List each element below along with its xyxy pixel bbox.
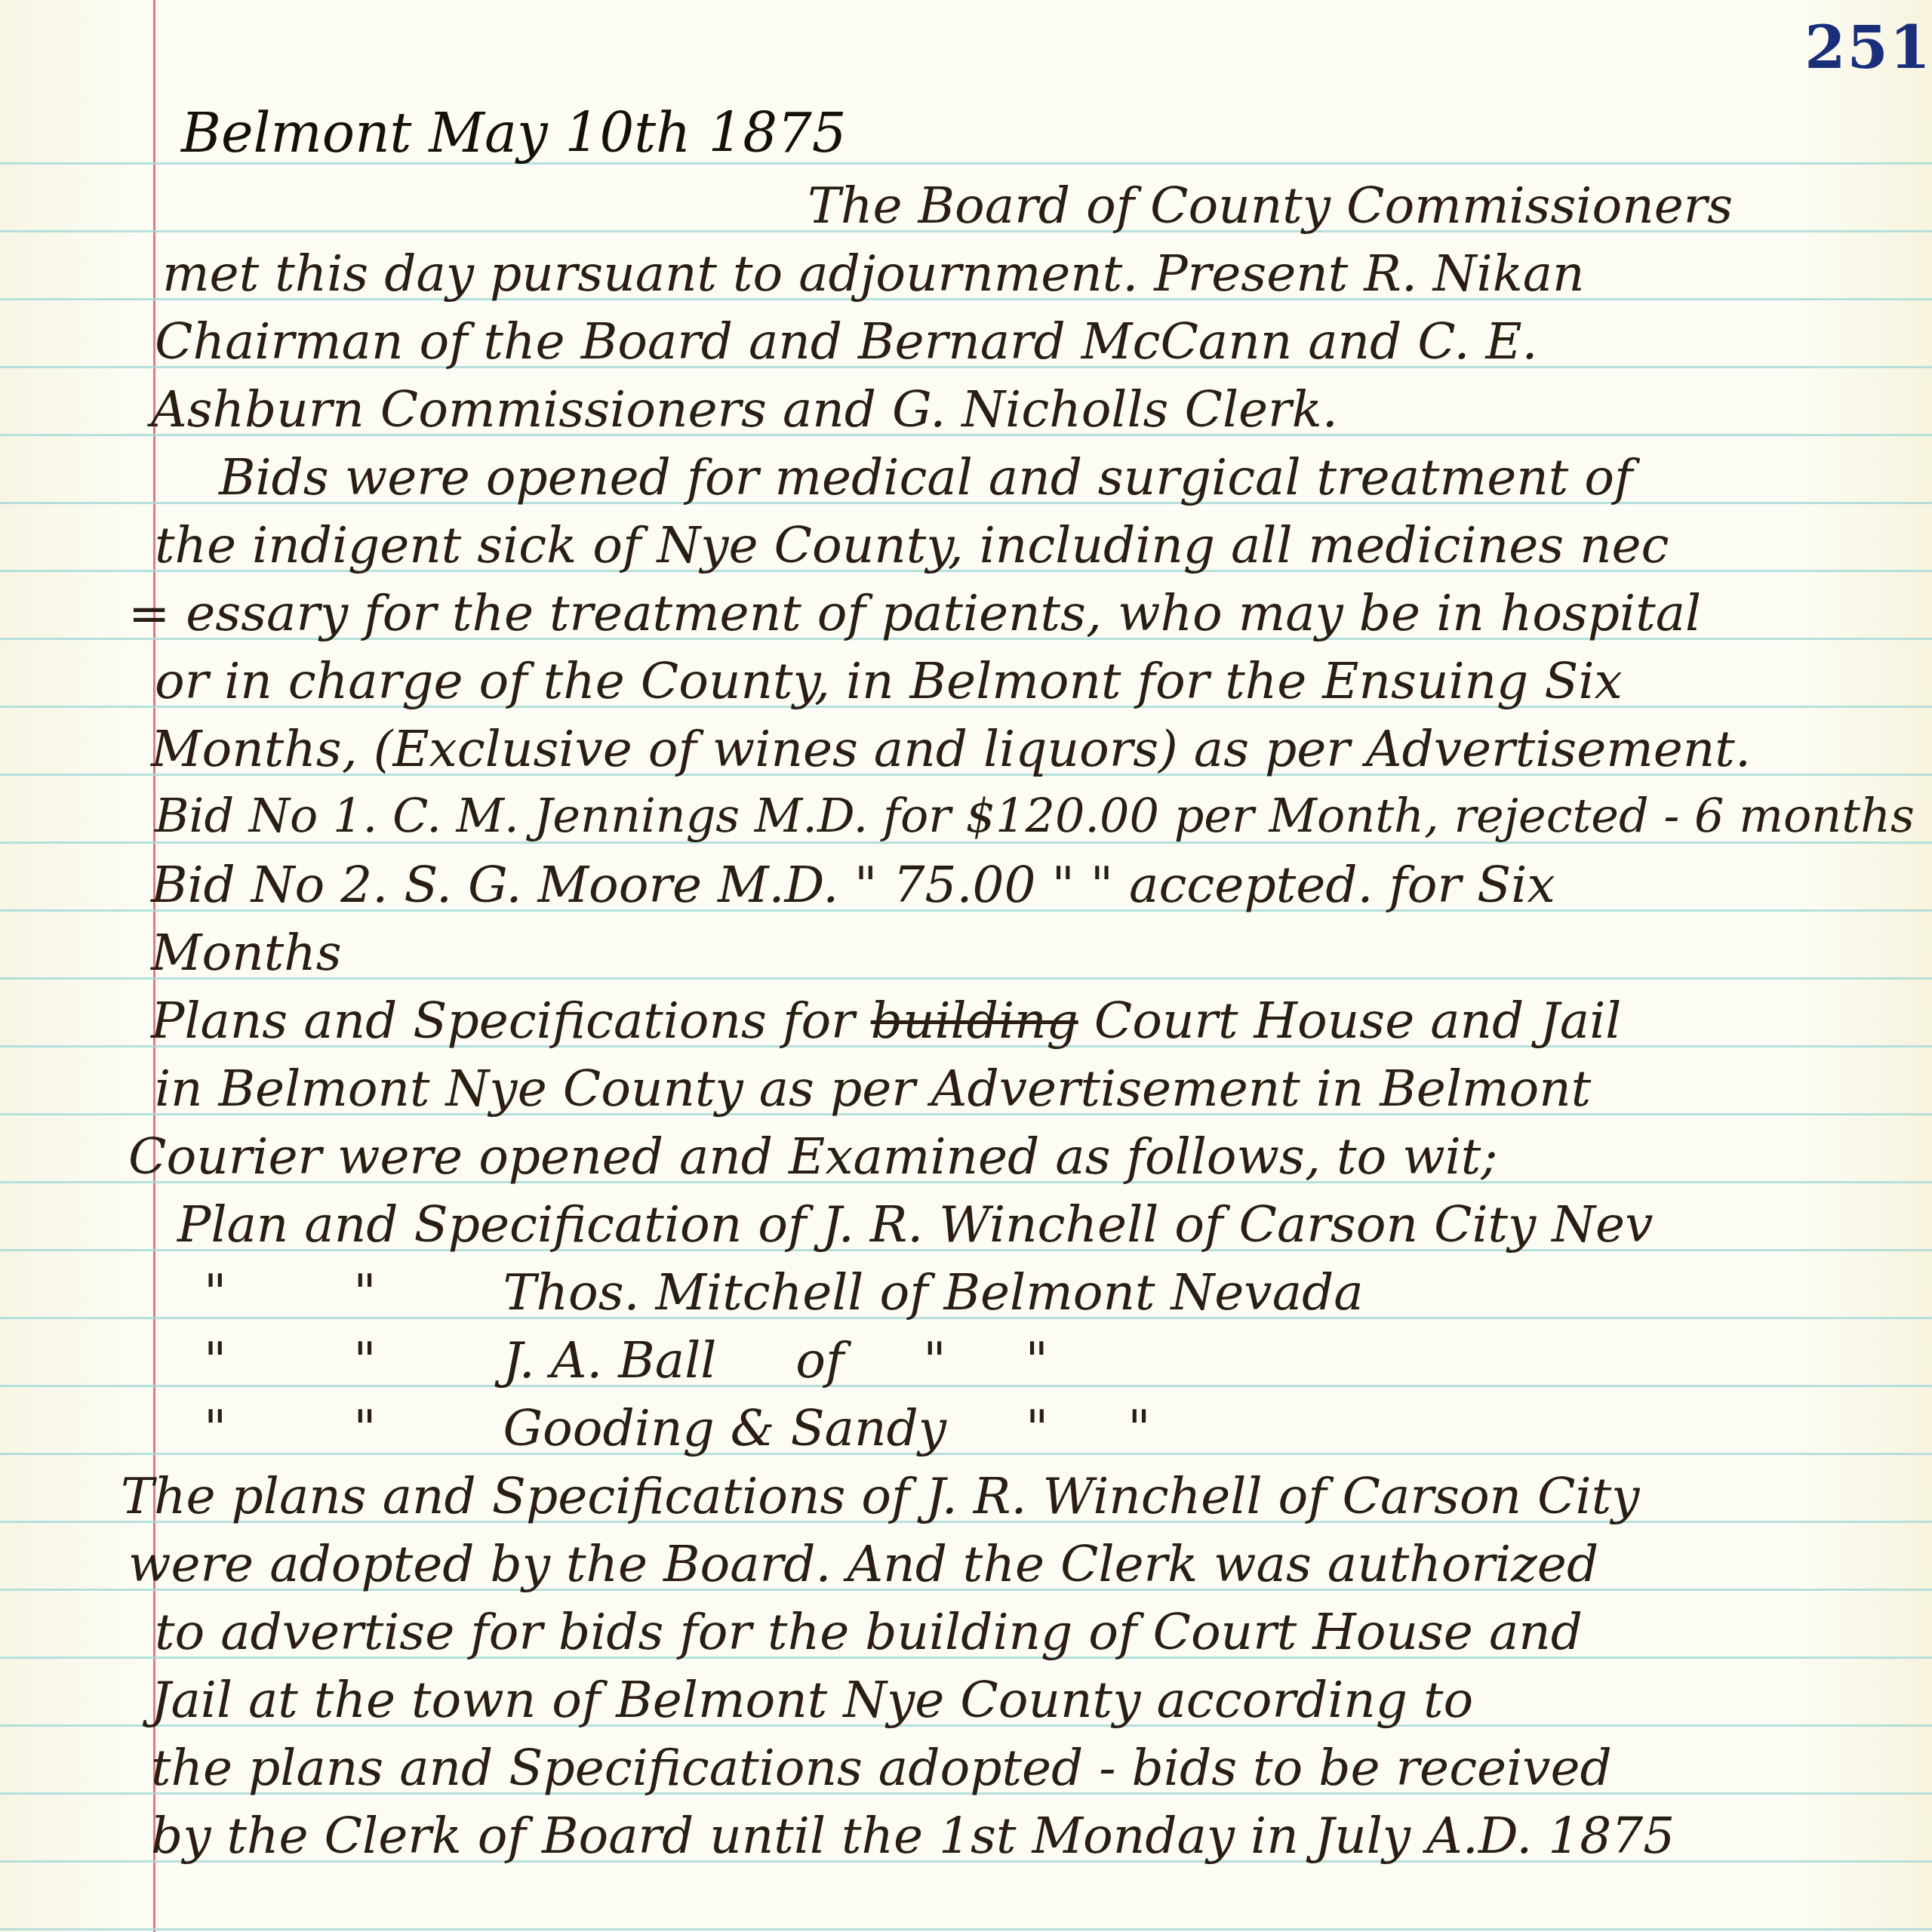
text-line: Bid No 1. C. M. Jennings M.D. for $120.0… — [155, 792, 1915, 839]
text-line: were adopted by the Board. And the Clerk… — [128, 1540, 1598, 1589]
text-line: Months, (Exclusive of wines and liquors)… — [151, 724, 1751, 774]
text-line: " " Gooding & Sandy " " — [204, 1404, 1151, 1454]
entry-heading: Belmont May 10th 1875 — [181, 106, 847, 160]
text-line: Plans and Specifications for building Co… — [151, 996, 1621, 1046]
struck-word: building — [871, 992, 1078, 1050]
page-number: 251 — [1804, 14, 1932, 82]
text-line: The plans and Specifications of J. R. Wi… — [121, 1472, 1640, 1521]
text-line: The Board of County Commissioners — [808, 181, 1733, 231]
text-line: Chairman of the Board and Bernard McCann… — [155, 317, 1538, 367]
text-line: Plan and Specification of J. R. Winchell… — [177, 1200, 1653, 1250]
text-line: " " Thos. Mitchell of Belmont Nevada — [204, 1268, 1364, 1318]
text-line: in Belmont Nye County as per Advertiseme… — [155, 1064, 1591, 1114]
text-line: Months — [151, 928, 342, 978]
text-line: Ashburn Commissioners and G. Nicholls Cl… — [151, 385, 1338, 435]
text-line: Courier were opened and Examined as foll… — [128, 1132, 1498, 1182]
text-line: to advertise for bids for the building o… — [155, 1607, 1583, 1657]
text-line: Jail at the town of Belmont Nye County a… — [151, 1675, 1473, 1725]
text-line: the indigent sick of Nye County, includi… — [155, 521, 1669, 571]
text-line: = essary for the treatment of patients, … — [128, 589, 1701, 638]
text-line: Bid No 2. S. G. Moore M.D. " 75.00 " " a… — [151, 860, 1555, 910]
text-line: met this day pursuant to adjournment. Pr… — [162, 249, 1585, 299]
ledger-page: 251 Belmont May 10th 1875 The Board of C… — [0, 0, 1932, 1932]
ruled-line — [0, 1928, 1932, 1930]
text-segment: Court House and Jail — [1094, 992, 1622, 1050]
text-line: or in charge of the County, in Belmont f… — [155, 657, 1623, 706]
text-line: by the Clerk of Board until the 1st Mond… — [151, 1811, 1675, 1861]
text-line: the plans and Specifications adopted - b… — [151, 1743, 1612, 1793]
text-line: " " J. A. Ball of " " — [204, 1336, 1048, 1386]
text-line: Bids were opened for medical and surgica… — [219, 453, 1632, 503]
text-segment: Plans and Specifications for — [151, 992, 855, 1050]
